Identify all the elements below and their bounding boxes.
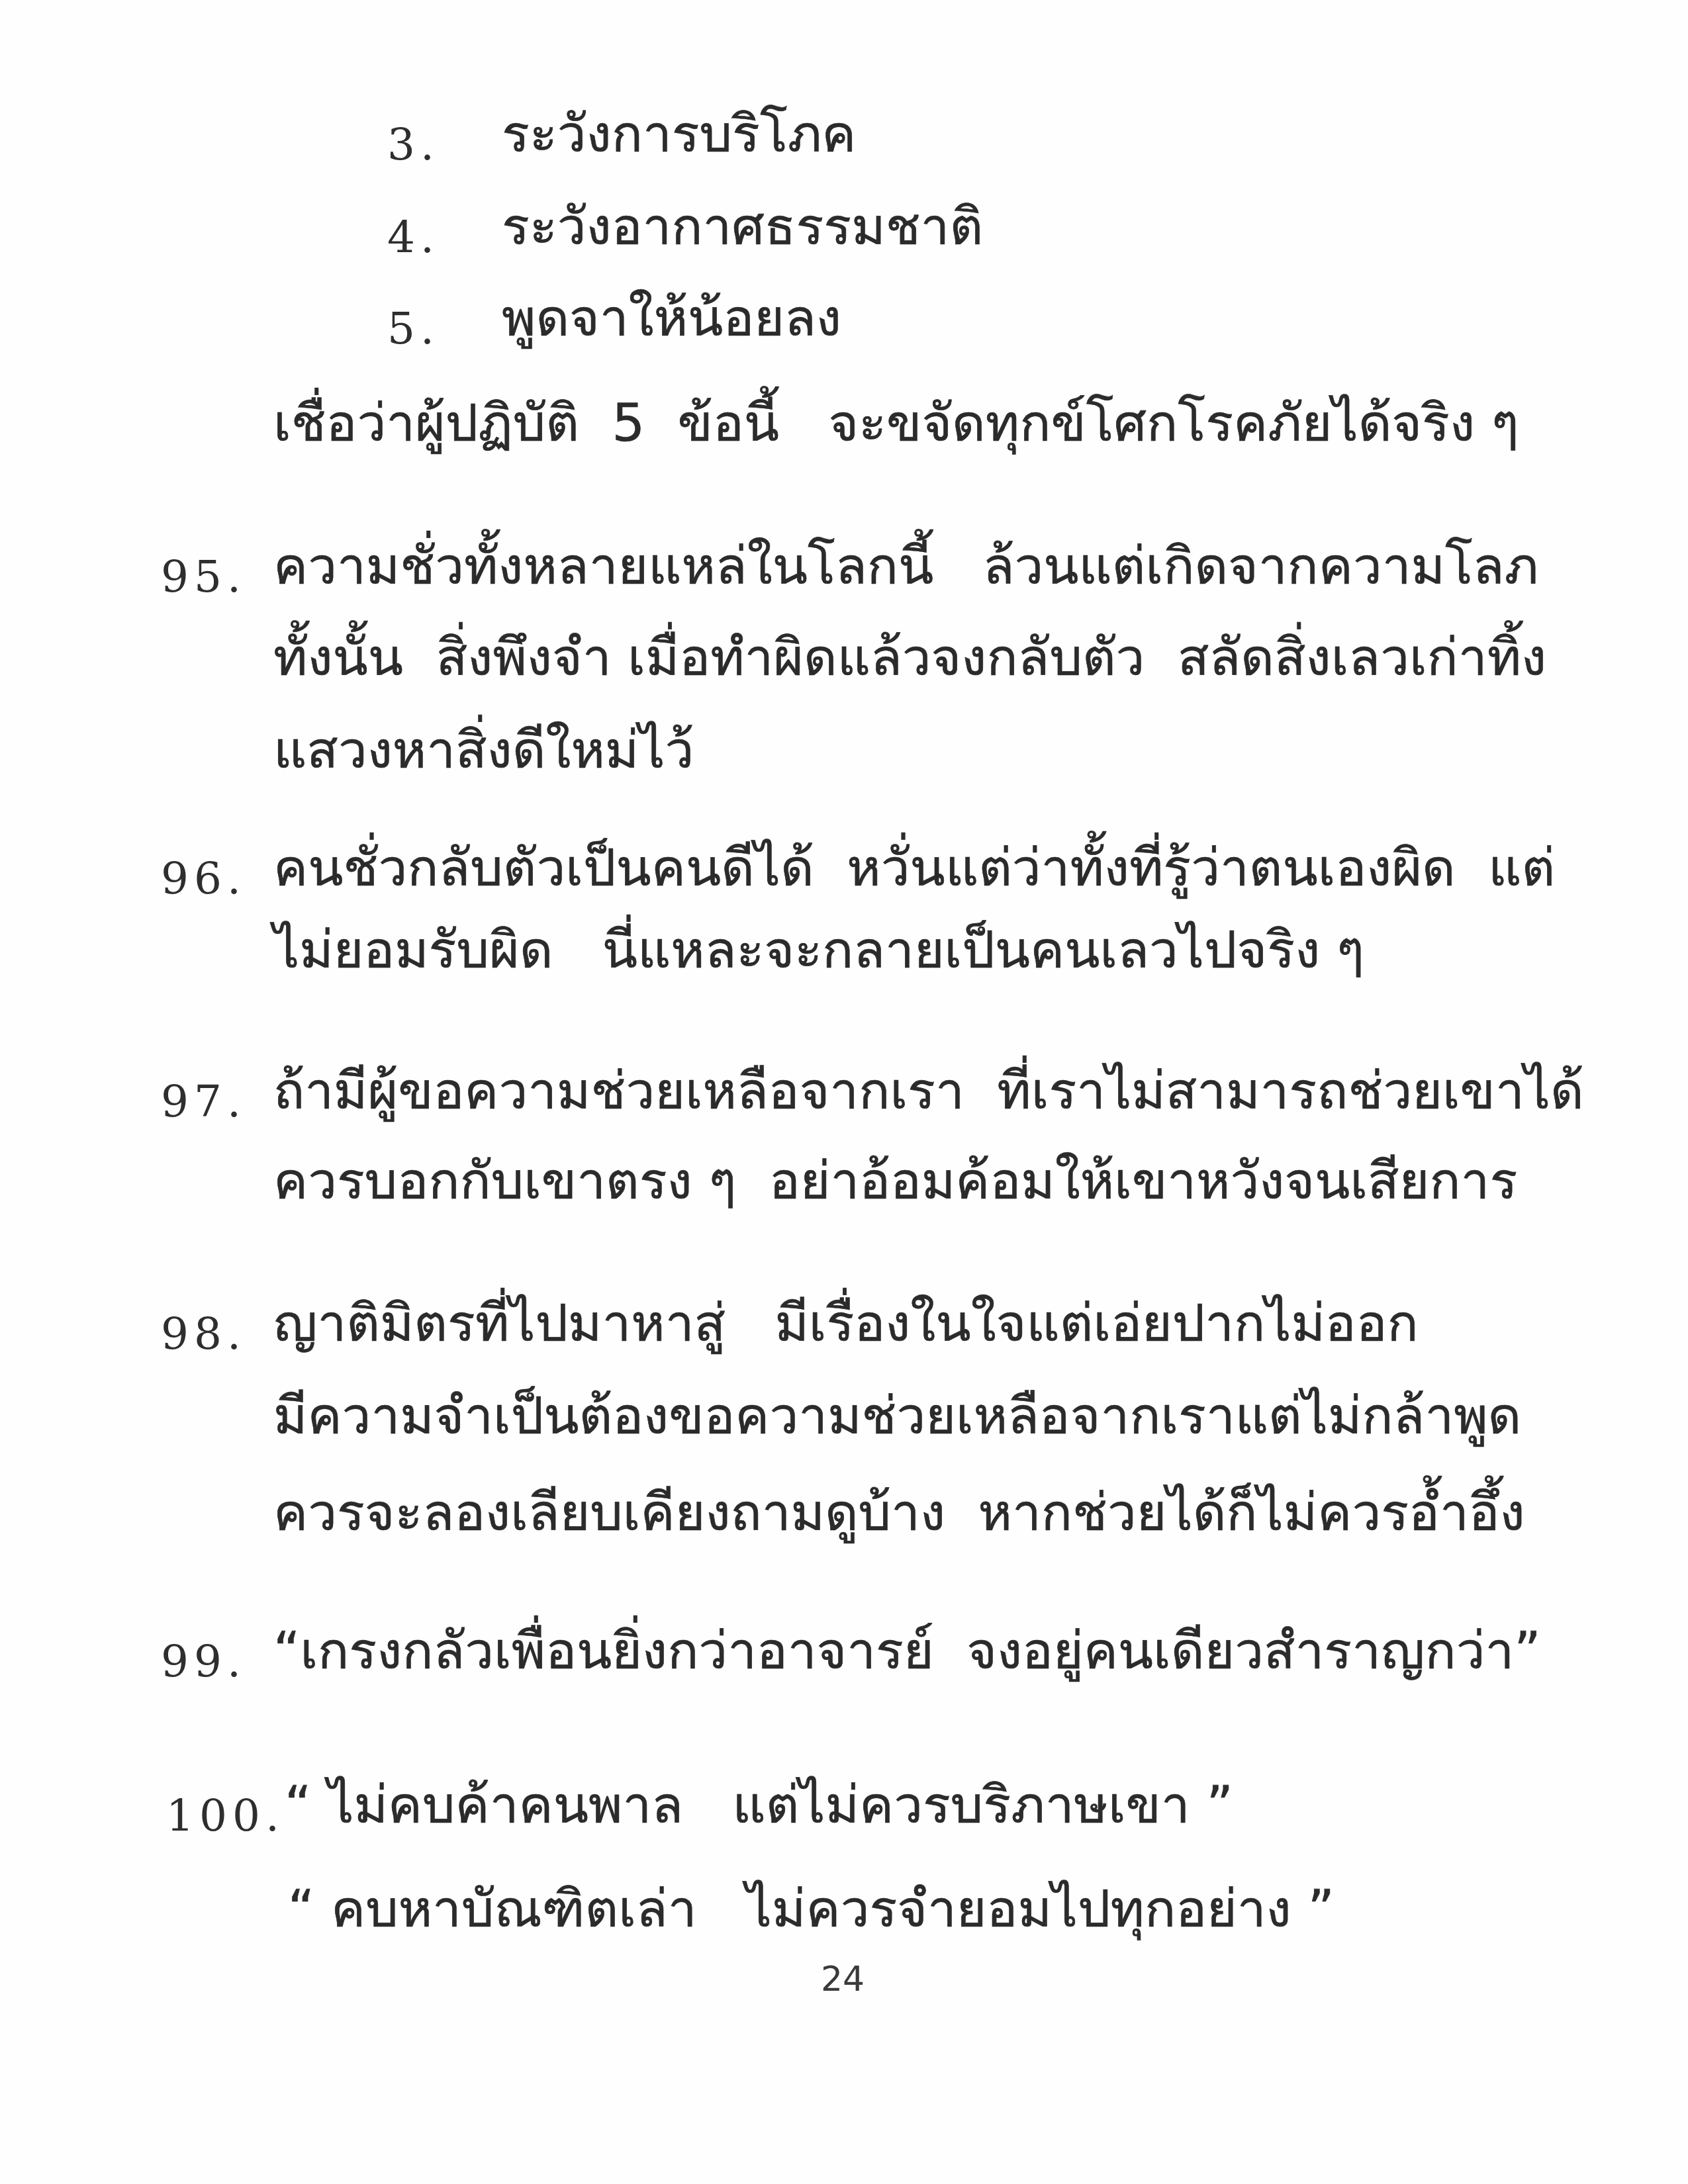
- item-text-line: ความชั่วทั้งหลายแหล่ในโลกนี้ ล้วนแต่เกิด…: [273, 541, 1538, 592]
- sublist-text: ระวังอากาศธรรมชาติ: [502, 201, 983, 253]
- sublist-number: 4.: [387, 216, 440, 259]
- item-text-line: “ ไม่คบค้าคนพาล แต่ไม่ควรบริภาษเขา ”: [285, 1780, 1233, 1831]
- page-number: 24: [821, 1962, 865, 1997]
- item-number: 100.: [166, 1794, 285, 1838]
- item-number: 98.: [161, 1312, 246, 1356]
- sublist-text: ระวังการบริโภค: [502, 109, 857, 160]
- item-text-line: ญาติมิตรที่ไปมาหาสู่ มีเรื่องในใจแต่เอ่ย…: [273, 1298, 1419, 1349]
- item-number: 96.: [161, 857, 246, 901]
- item-text-line: ทั้งนั้น สิ่งพึงจำ เมื่อทำผิดแล้วจงกลับต…: [273, 632, 1546, 684]
- sublist-text: พูดจาให้น้อยลง: [502, 293, 841, 344]
- item-text-line: ไม่ยอมรับผิด นี่แหละจะกลายเป็นคนเลวไปจริ…: [273, 925, 1364, 976]
- item-text-line: ควรจะลองเลียบเคียงถามดูบ้าง หากช่วยได้ก็…: [273, 1487, 1525, 1539]
- sublist-conclusion: เชื่อว่าผู้ปฏิบัติ 5 ข้อนี้ จะขจัดทุกข์โ…: [273, 398, 1519, 449]
- item-text-line: คนชั่วกลับตัวเป็นคนดีได้ หวั่นแต่ว่าทั้ง…: [273, 842, 1555, 894]
- item-number: 99.: [161, 1640, 246, 1684]
- item-number: 95.: [161, 555, 246, 599]
- sublist-number: 3.: [387, 123, 440, 167]
- sublist-number: 5.: [387, 307, 440, 351]
- item-number: 97.: [161, 1080, 246, 1124]
- item-text-line: มีความจำเป็นต้องขอความช่วยเหลือจากเราแต่…: [273, 1390, 1521, 1442]
- item-text-line: “เกรงกลัวเพื่อนยิ่งกว่าอาจารย์ จงอยู่คนเ…: [273, 1625, 1541, 1677]
- item-text-line: แสวงหาสิ่งดีใหม่ไว้: [273, 725, 694, 776]
- item-text-line: ถ้ามีผู้ขอความช่วยเหลือจากเรา ที่เราไม่ส…: [273, 1066, 1584, 1117]
- item-text-line: “ คบหาบัณฑิตเล่า ไม่ควรจำยอมไปทุกอย่าง ”: [271, 1884, 1335, 1935]
- document-page: 3. ระวังการบริโภค 4. ระวังอากาศธรรมชาติ …: [0, 0, 1688, 2184]
- item-text-line: ควรบอกกับเขาตรง ๆ อย่าอ้อมค้อมให้เขาหวัง…: [273, 1156, 1517, 1207]
